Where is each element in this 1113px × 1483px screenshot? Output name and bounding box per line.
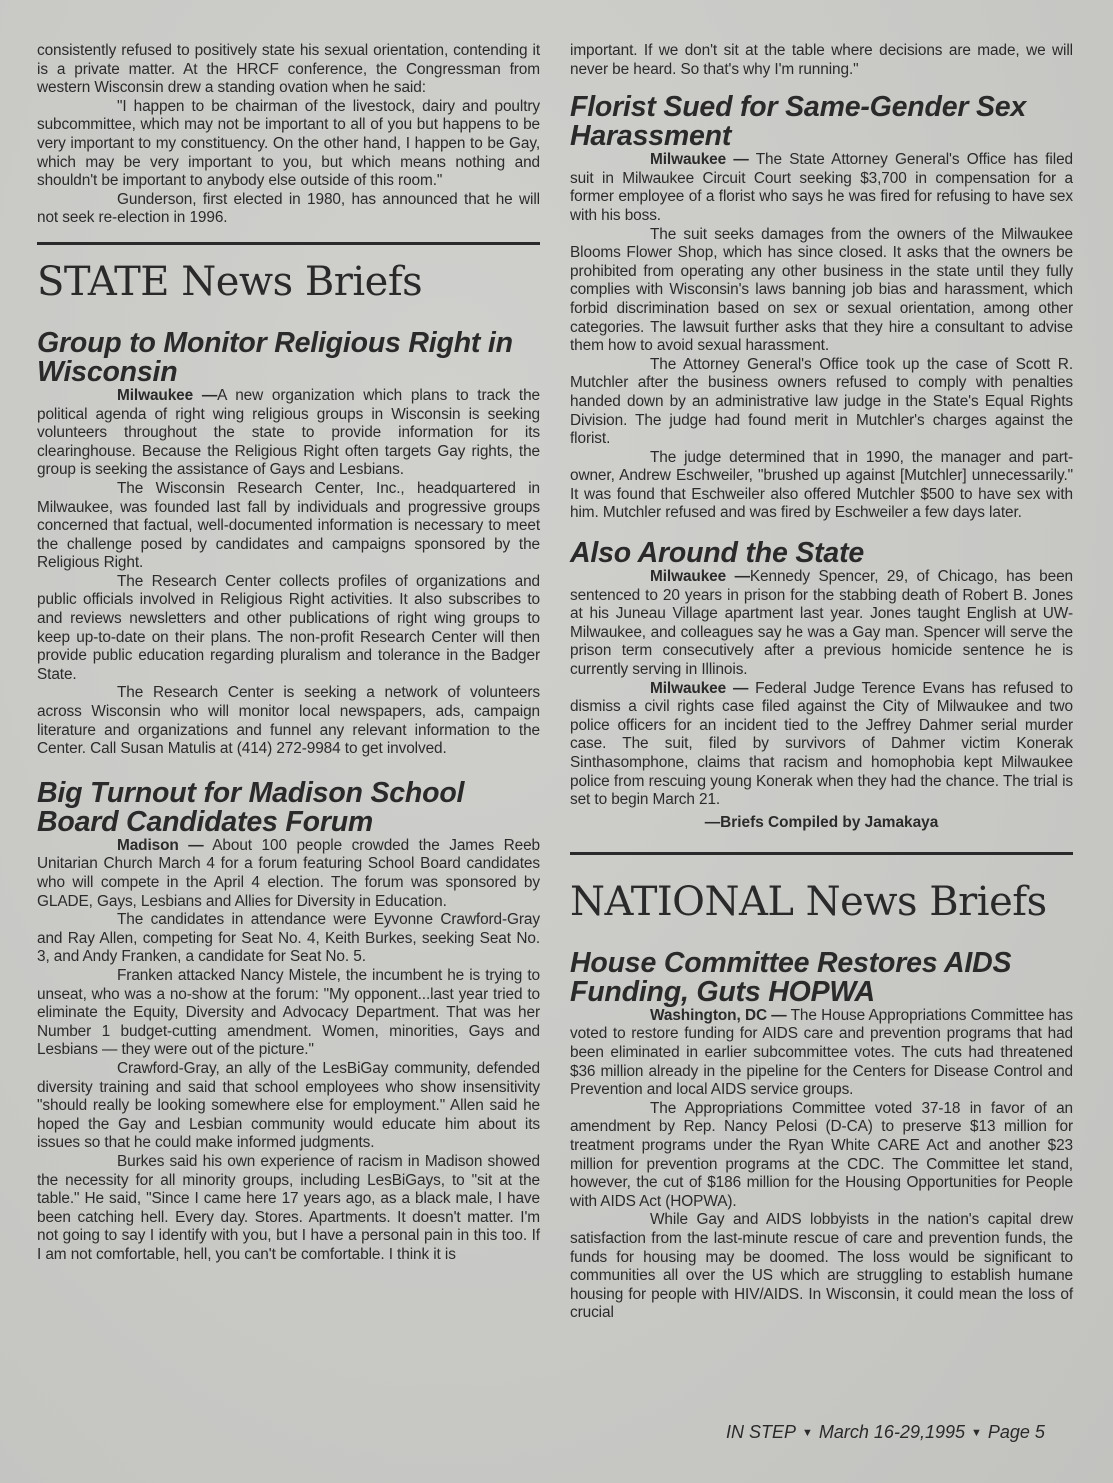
continued-paragraph: Gunderson, first elected in 1980, has an… (37, 191, 540, 228)
section-divider (37, 242, 540, 245)
article-paragraph: The Attorney General's Office took up th… (570, 356, 1073, 449)
article-paragraph: The House Appropriations Committee has v… (570, 1007, 1073, 1098)
article-madison-school-board: Big Turnout for Madison School Board Can… (37, 779, 540, 1265)
article-headline: Also Around the State (570, 539, 1073, 568)
right-column: important. If we don't sit at the table … (570, 42, 1073, 1323)
article-paragraph: The Research Center collects profiles of… (37, 573, 540, 685)
newspaper-page: consistently refused to positively state… (0, 0, 1113, 1483)
article-paragraph: The suit seeks damages from the owners o… (570, 226, 1073, 356)
section-title-state: STATE News Briefs (37, 259, 540, 305)
publication-name: IN STEP (726, 1422, 796, 1442)
article-paragraph: The Research Center is seeking a network… (37, 684, 540, 758)
article-headline: House Committee Restores AIDS Funding, G… (570, 949, 1073, 1007)
dateline: Milwaukee — (117, 387, 217, 404)
article-florist-suit: Florist Sued for Same-Gender Sex Harassm… (570, 93, 1073, 523)
quote-paragraph: "I happen to be chairman of the livestoc… (37, 98, 540, 191)
dateline: Milwaukee — (650, 680, 748, 697)
article-religious-right: Group to Monitor Religious Right in Wisc… (37, 329, 540, 759)
article-headline: Florist Sued for Same-Gender Sex Harassm… (570, 93, 1073, 151)
triangle-separator-icon: ▼ (971, 1427, 982, 1439)
article-paragraph: Burkes said his own experience of racism… (37, 1153, 540, 1265)
briefs-credit: —Briefs Compiled by Jamakaya (570, 814, 1073, 832)
issue-date: March 16-29,1995 (819, 1422, 965, 1442)
article-headline: Big Turnout for Madison School Board Can… (37, 779, 540, 837)
article-paragraph: While Gay and AIDS lobbyists in the nati… (570, 1211, 1073, 1323)
article-paragraph: The Appropriations Committee voted 37-18… (570, 1100, 1073, 1212)
article-paragraph: A new organization which plans to track … (37, 387, 540, 478)
dateline: Milwaukee — (650, 151, 749, 168)
article-paragraph: The State Attorney General's Office has … (570, 151, 1073, 224)
section-title-national: NATIONAL News Briefs (570, 879, 1073, 925)
left-column: consistently refused to positively state… (37, 42, 540, 1264)
article-aids-funding: House Committee Restores AIDS Funding, G… (570, 949, 1073, 1323)
brief-text: Kennedy Spencer, 29, of Chicago, has bee… (570, 568, 1073, 678)
article-paragraph: The candidates in attendance were Eyvonn… (37, 911, 540, 967)
dateline: Madison — (117, 837, 204, 854)
continued-paragraph: consistently refused to positively state… (37, 42, 540, 98)
page-number: Page 5 (988, 1422, 1045, 1442)
page-footer: IN STEP▼March 16-29,1995▼Page 5 (726, 1422, 1045, 1443)
article-paragraph: The judge determined that in 1990, the m… (570, 449, 1073, 523)
article-paragraph: Franken attacked Nancy Mistele, the incu… (37, 967, 540, 1060)
dateline: Washington, DC — (650, 1007, 787, 1024)
article-paragraph: The Wisconsin Research Center, Inc., hea… (37, 480, 540, 573)
continued-paragraph: important. If we don't sit at the table … (570, 42, 1073, 79)
article-headline: Group to Monitor Religious Right in Wisc… (37, 329, 540, 387)
article-paragraph: About 100 people crowded the James Reeb … (37, 837, 540, 910)
dateline: Milwaukee — (650, 568, 750, 585)
brief-text: Federal Judge Terence Evans has refused … (570, 680, 1073, 809)
section-divider (570, 852, 1073, 855)
article-also-around-state: Also Around the State Milwaukee —Kennedy… (570, 539, 1073, 832)
article-paragraph: Crawford-Gray, an ally of the LesBiGay c… (37, 1060, 540, 1153)
triangle-separator-icon: ▼ (802, 1427, 813, 1439)
